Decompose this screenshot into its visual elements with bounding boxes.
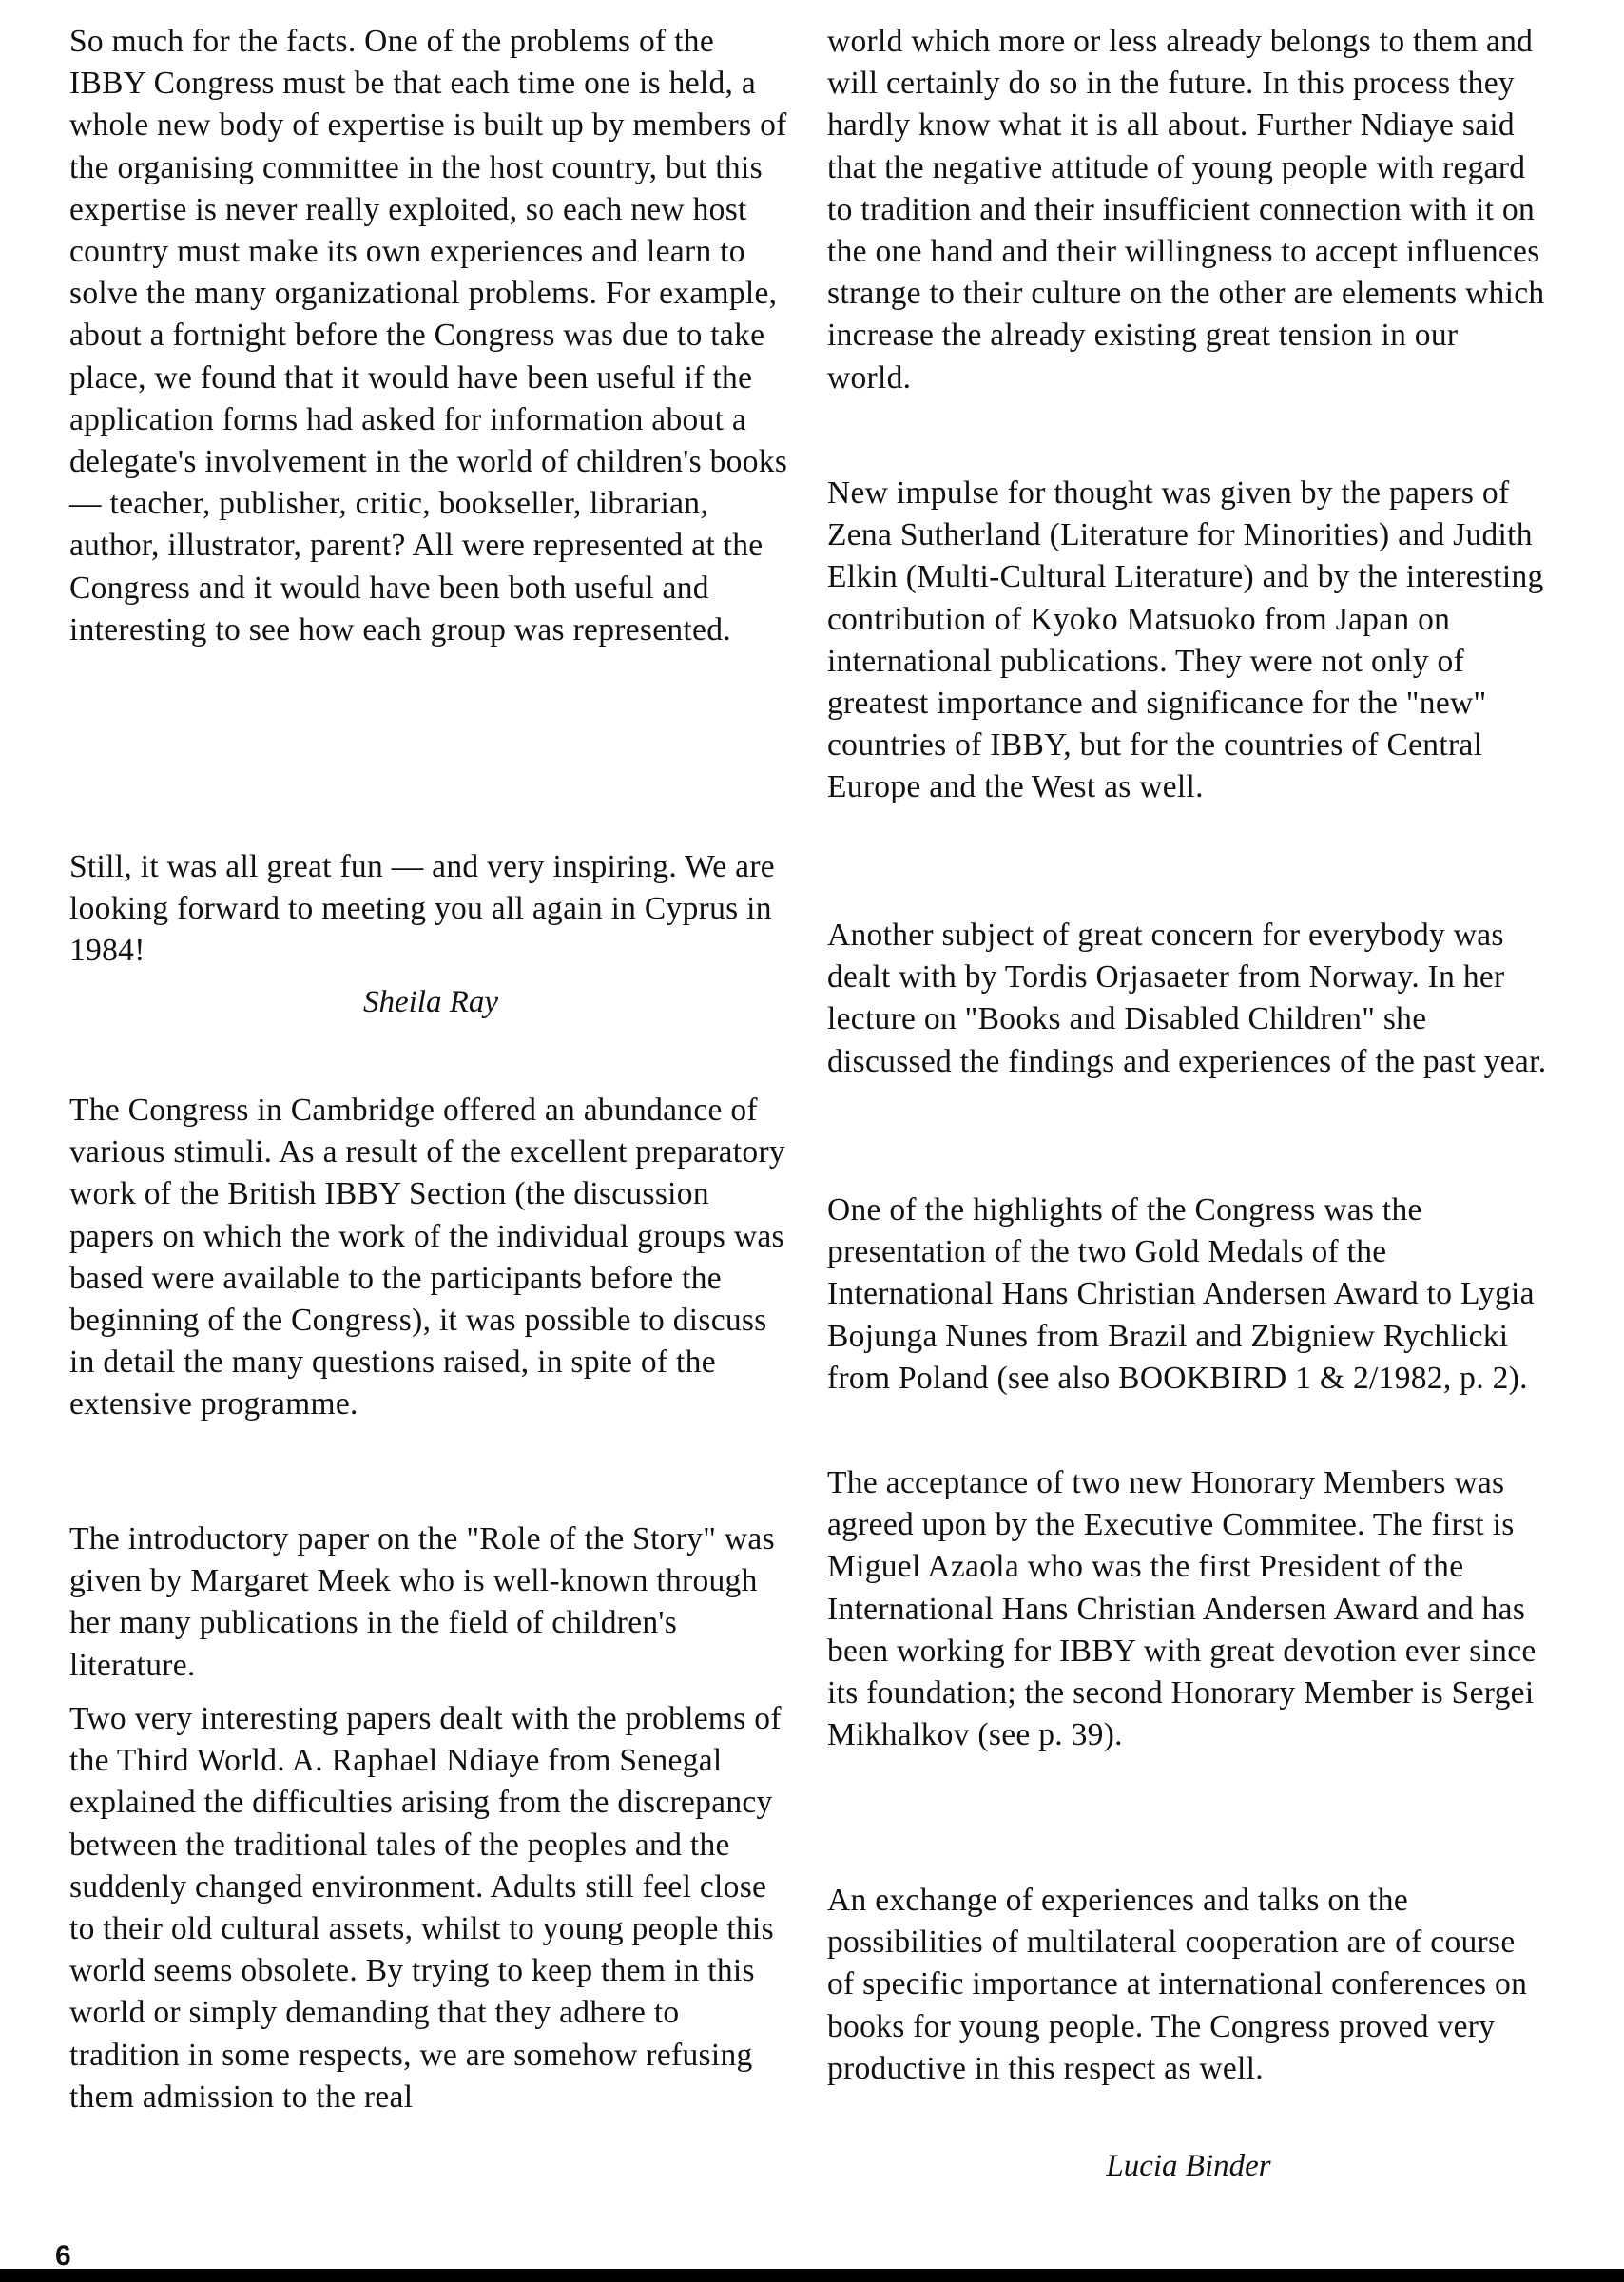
signature-lucia-binder: Lucia Binder — [827, 2145, 1550, 2187]
paragraph-congress-cambridge: The Congress in Cambridge offered an abu… — [69, 1090, 792, 1426]
left-column: So much for the facts. One of the proble… — [69, 0, 792, 2282]
page-number: 6 — [55, 2240, 71, 2272]
paragraph-third-world: Two very interesting papers dealt with t… — [69, 1698, 792, 2118]
paragraph-another-subject: Another subject of great concern for eve… — [827, 915, 1550, 1083]
paragraph-highlights: One of the highlights of the Congress wa… — [827, 1189, 1550, 1400]
signature-sheila-ray: Sheila Ray — [69, 981, 792, 1023]
paragraph-exchange: An exchange of experiences and talks on … — [827, 1880, 1550, 2090]
paragraph-introductory-paper: The introductory paper on the "Role of t… — [69, 1518, 792, 1687]
paragraph-still-fun: Still, it was all great fun — and very i… — [69, 846, 792, 973]
bottom-border — [0, 2269, 1624, 2282]
paragraph-honorary-members: The acceptance of two new Honorary Membe… — [827, 1462, 1550, 1756]
paragraph-facts: So much for the facts. One of the proble… — [69, 21, 792, 651]
paragraph-world-continued: world which more or less already belongs… — [827, 21, 1550, 399]
right-column: world which more or less already belongs… — [827, 0, 1550, 2282]
paragraph-new-impulse: New impulse for thought was given by the… — [827, 473, 1550, 809]
